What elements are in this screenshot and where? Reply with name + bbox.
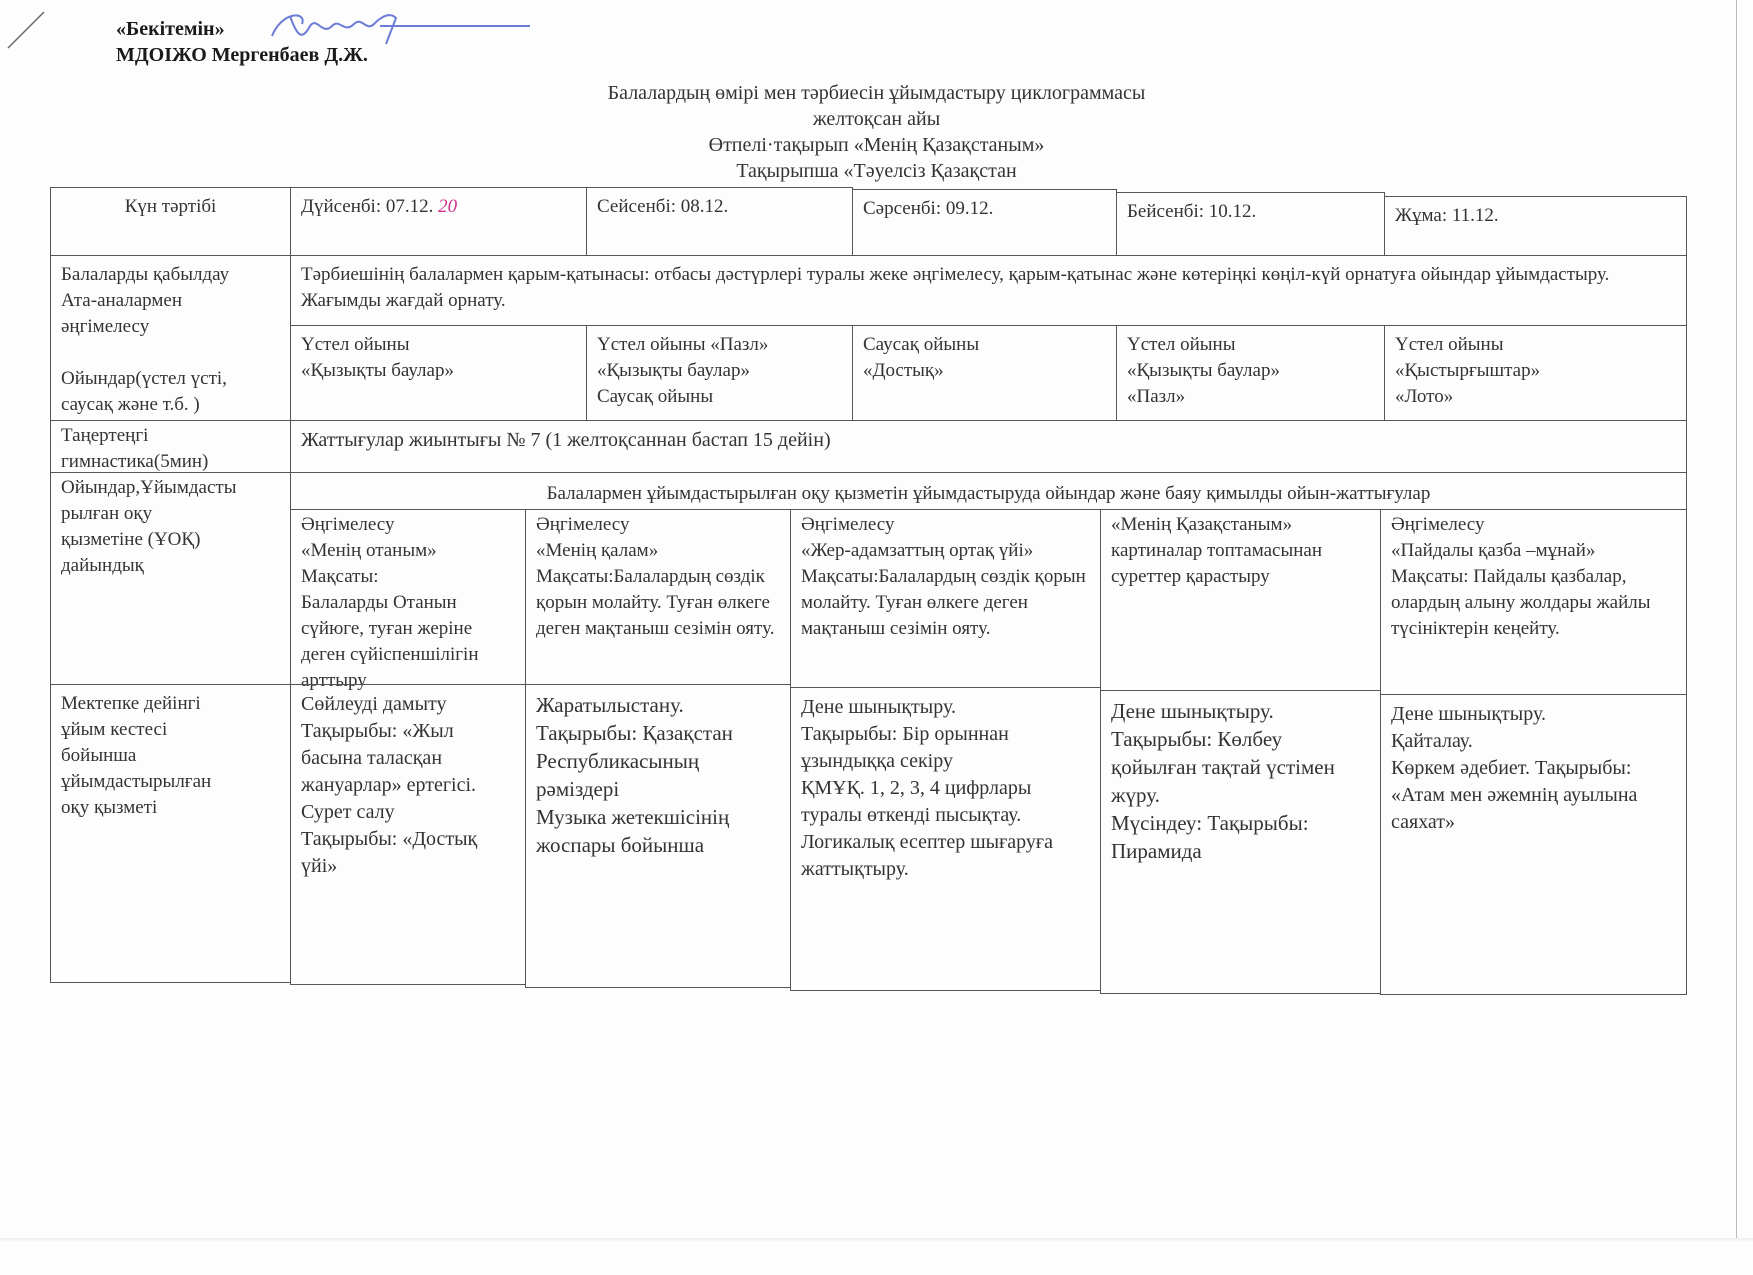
preparation-friday: Әңгімелесу «Пайдалы қазба –мұнай» Мақсат… <box>1380 509 1687 695</box>
reception-game-wednesday: Саусақ ойыны «Достық» <box>852 325 1117 421</box>
month-title: желтоқсан айы <box>0 106 1753 132</box>
day-label: Сейсенбі: 08.12. <box>597 196 728 217</box>
day-label: Сәрсенбі: 09.12. <box>863 198 993 219</box>
organized-tuesday: Жаратылыстану. Тақырыбы: Қазақстан Респу… <box>525 684 791 988</box>
day-label: Дүйсенбі: 07.12. <box>301 196 433 217</box>
header-routine: Күн тәртібі <box>50 187 291 256</box>
theme-title: Өтпелі·тақырып «Менің Қазақстаным» <box>0 132 1753 158</box>
organized-wednesday: Дене шынықтыру. Тақырыбы: Бір орыннан ұз… <box>790 687 1101 991</box>
main-title: Балалардың өмірі мен тәрбиесін ұйымдасты… <box>0 80 1753 106</box>
gymnastics-label: Таңертеңгі гимнастика(5мин) <box>50 420 291 473</box>
header-day-wednesday: Сәрсенбі: 09.12. <box>852 189 1117 256</box>
header-routine-label: Күн тәртібі <box>125 196 217 217</box>
subtheme-title: Тақырыпша «Тәуелсіз Қазақстан <box>0 158 1753 184</box>
preparation-tuesday: Әңгімелесу «Менің қалам» Мақсаты:Балалар… <box>525 509 791 685</box>
preparation-wednesday: Әңгімелесу «Жер-адамзаттың ортақ үйі» Ма… <box>790 509 1101 688</box>
organized-label: Мектепке дейінгі ұйым кестесі бойынша ұй… <box>50 684 291 983</box>
organized-monday: Сөйлеуді дамыту Тақырыбы: «Жыл басына та… <box>290 684 526 985</box>
handwritten-note: 20 <box>438 196 457 217</box>
reception-common-text: Тәрбиешінің балалармен қарым-қатынасы: о… <box>290 255 1687 326</box>
header-day-friday: Жұма: 11.12. <box>1384 196 1687 256</box>
organized-friday: Дене шынықтыру. Қайталау. Көркем әдебиет… <box>1380 694 1687 995</box>
document-titles: Балалардың өмірі мен тәрбиесін ұйымдасты… <box>0 80 1753 184</box>
reception-game-monday: Үстел ойыны «Қызықты баулар» <box>290 325 587 421</box>
header-day-tuesday: Сейсенбі: 08.12. <box>586 187 853 256</box>
signature-icon <box>262 6 532 50</box>
reception-game-friday: Үстел ойыны «Қыстырғыштар» «Лото» <box>1384 325 1687 421</box>
reception-game-thursday: Үстел ойыны «Қызықты баулар» «Пазл» <box>1116 325 1385 421</box>
pen-stroke-mark <box>4 8 48 52</box>
header-day-monday: Дүйсенбі: 07.12. 20 <box>290 187 587 256</box>
scan-shadow <box>0 1238 1753 1242</box>
day-label: Жұма: 11.12. <box>1395 205 1499 226</box>
gymnastics-content: Жаттығулар жиынтығы № 7 (1 желтоқсаннан … <box>290 420 1687 473</box>
day-label: Бейсенбі: 10.12. <box>1127 201 1256 222</box>
preparation-label: Ойындар,Ұйымдасты рылған оқу қызметіне (… <box>50 472 291 685</box>
reception-label: Балаларды қабылдау Ата-аналармен әңгімел… <box>50 255 291 421</box>
reception-game-tuesday: Үстел ойыны «Пазл» «Қызықты баулар» Саус… <box>586 325 853 421</box>
header-day-thursday: Бейсенбі: 10.12. <box>1116 192 1385 256</box>
preparation-monday: Әңгімелесу «Менің отаным» Мақсаты: Балал… <box>290 509 526 685</box>
preparation-subheader: Балалармен ұйымдастырылған оқу қызметін … <box>290 472 1687 510</box>
organized-thursday: Дене шынықтыру. Тақырыбы: Көлбеу қойылға… <box>1100 690 1381 994</box>
preparation-thursday: «Менің Қазақстаным» картиналар топтамасы… <box>1100 509 1381 691</box>
page-edge <box>1736 0 1737 1240</box>
